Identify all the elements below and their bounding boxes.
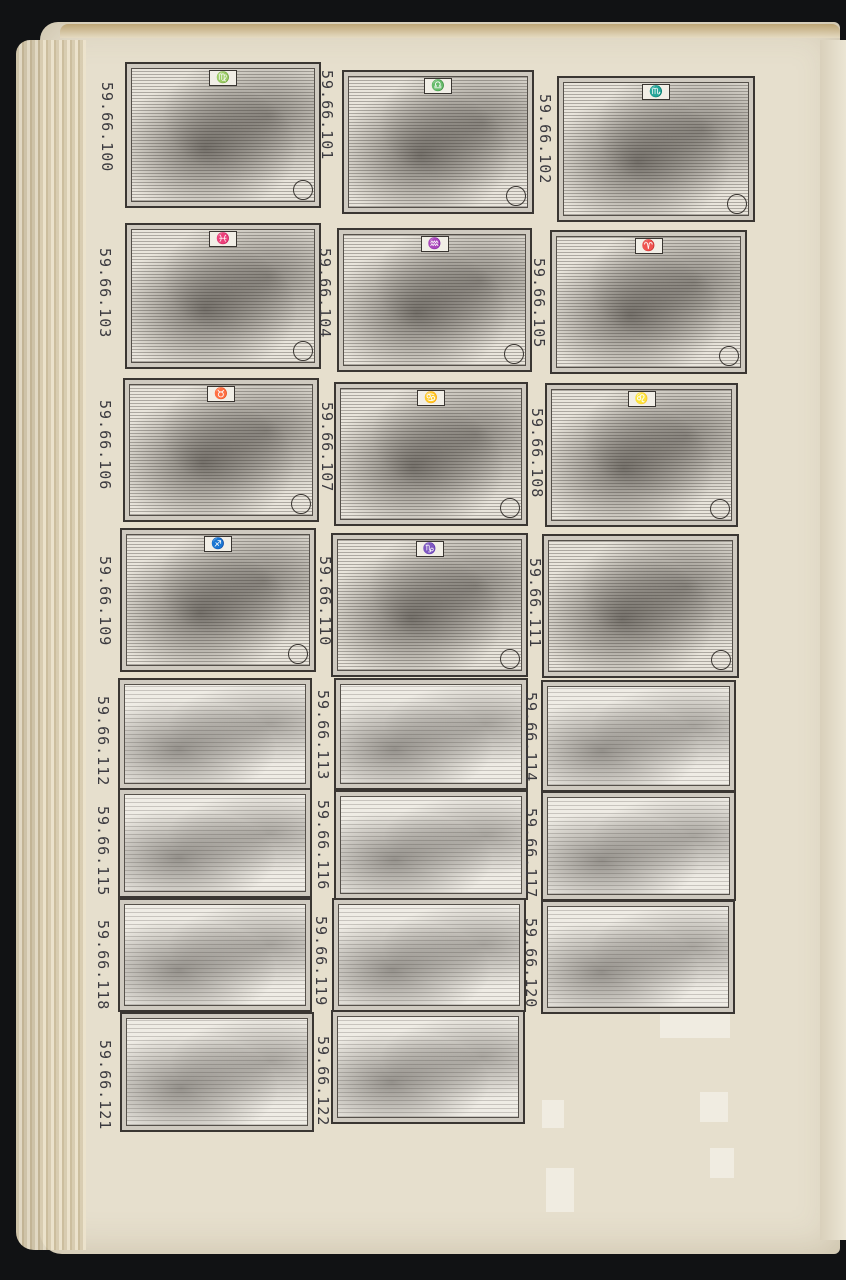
collection-stamp <box>719 346 739 366</box>
woodcut-scene <box>340 684 522 784</box>
accession-label: 59.66.106 <box>96 400 114 490</box>
zodiac-sign: ♍ <box>209 70 237 86</box>
print-59-66-113 <box>334 678 528 790</box>
woodcut-scene <box>547 797 730 895</box>
zodiac-sign: ♑ <box>416 541 444 557</box>
zodiac-sign: ♋ <box>417 390 445 406</box>
woodcut-scene <box>547 686 730 786</box>
zodiac-sign: ♌ <box>628 391 656 407</box>
woodcut-scene <box>124 794 306 892</box>
paper-residue <box>710 1148 734 1178</box>
accession-label: 59.66.109 <box>96 556 114 646</box>
accession-label: 59.66.102 <box>536 94 554 184</box>
print-59-66-106: ♉ <box>123 378 319 522</box>
accession-label: 59.66.110 <box>316 556 334 646</box>
collection-stamp <box>288 644 308 664</box>
print-59-66-105: ♈ <box>550 230 747 374</box>
zodiac-sign: ♎ <box>424 78 452 94</box>
print-59-66-122 <box>331 1010 525 1124</box>
woodcut-scene <box>131 229 315 363</box>
print-59-66-101: ♎ <box>342 70 534 214</box>
woodcut-scene <box>348 76 528 208</box>
accession-label: 59.66.117 <box>522 808 540 898</box>
print-59-66-110: ♑ <box>331 533 528 677</box>
collection-stamp <box>504 344 524 364</box>
collection-stamp <box>293 341 313 361</box>
accession-label: 59.66.115 <box>94 806 112 896</box>
accession-label: 59.66.119 <box>312 916 330 1006</box>
accession-label: 59.66.118 <box>94 920 112 1010</box>
print-59-66-102: ♏ <box>557 76 755 222</box>
collection-stamp <box>291 494 311 514</box>
accession-label: 59.66.116 <box>314 800 332 890</box>
print-59-66-103: ♓ <box>125 223 321 369</box>
print-59-66-104: ♒ <box>337 228 532 372</box>
woodcut-scene <box>337 1016 519 1118</box>
print-59-66-117 <box>541 791 736 901</box>
zodiac-sign: ♉ <box>207 386 235 402</box>
woodcut-scene <box>124 904 306 1006</box>
woodcut-scene <box>548 540 733 672</box>
page-top-edge <box>60 24 840 38</box>
woodcut-scene <box>340 388 522 520</box>
accession-label: 59.66.114 <box>522 692 540 782</box>
woodcut-scene <box>556 236 741 368</box>
print-59-66-111 <box>542 534 739 678</box>
woodcut-scene <box>129 384 313 516</box>
print-59-66-120 <box>541 900 735 1014</box>
print-59-66-107: ♋ <box>334 382 528 526</box>
print-59-66-119 <box>332 898 526 1012</box>
paper-residue <box>546 1168 574 1212</box>
zodiac-sign: ♏ <box>642 84 670 100</box>
accession-label: 59.66.120 <box>522 918 540 1008</box>
print-59-66-109: ♐ <box>120 528 316 672</box>
accession-label: 59.66.108 <box>528 408 546 498</box>
accession-label: 59.66.107 <box>318 402 336 492</box>
woodcut-scene <box>126 534 310 666</box>
collection-stamp <box>293 180 313 200</box>
accession-label: 59.66.103 <box>96 248 114 338</box>
woodcut-scene <box>563 82 749 216</box>
accession-label: 59.66.112 <box>94 696 112 786</box>
woodcut-scene <box>547 906 729 1008</box>
zodiac-sign: ♓ <box>209 231 237 247</box>
accession-label: 59.66.121 <box>96 1040 114 1130</box>
print-59-66-121 <box>120 1012 314 1132</box>
collection-stamp <box>500 498 520 518</box>
woodcut-scene <box>551 389 732 521</box>
paper-residue <box>660 1014 730 1038</box>
zodiac-sign: ♈ <box>635 238 663 254</box>
print-59-66-100: ♍ <box>125 62 321 208</box>
print-59-66-115 <box>118 788 312 898</box>
woodcut-scene <box>337 539 522 671</box>
collection-stamp <box>710 499 730 519</box>
accession-label: 59.66.100 <box>98 82 116 172</box>
page-stack-edge <box>16 40 86 1250</box>
print-59-66-116 <box>334 790 528 900</box>
collection-stamp <box>506 186 526 206</box>
zodiac-sign: ♐ <box>204 536 232 552</box>
collection-stamp <box>500 649 520 669</box>
accession-label: 59.66.105 <box>530 258 548 348</box>
woodcut-scene <box>131 68 315 202</box>
accession-label: 59.66.104 <box>316 248 334 338</box>
zodiac-sign: ♒ <box>421 236 449 252</box>
facing-page-edge <box>820 40 846 1240</box>
woodcut-scene <box>343 234 526 366</box>
accession-label: 59.66.122 <box>314 1036 332 1126</box>
woodcut-scene <box>124 684 306 784</box>
accession-label: 59.66.101 <box>318 70 336 160</box>
woodcut-scene <box>338 904 520 1006</box>
print-59-66-114 <box>541 680 736 792</box>
accession-label: 59.66.111 <box>526 558 544 648</box>
collection-stamp <box>711 650 731 670</box>
woodcut-scene <box>126 1018 308 1126</box>
paper-residue <box>700 1092 728 1122</box>
print-59-66-112 <box>118 678 312 790</box>
print-59-66-108: ♌ <box>545 383 738 527</box>
collection-stamp <box>727 194 747 214</box>
print-59-66-118 <box>118 898 312 1012</box>
paper-residue <box>542 1100 564 1128</box>
woodcut-scene <box>340 796 522 894</box>
accession-label: 59.66.113 <box>314 690 332 780</box>
